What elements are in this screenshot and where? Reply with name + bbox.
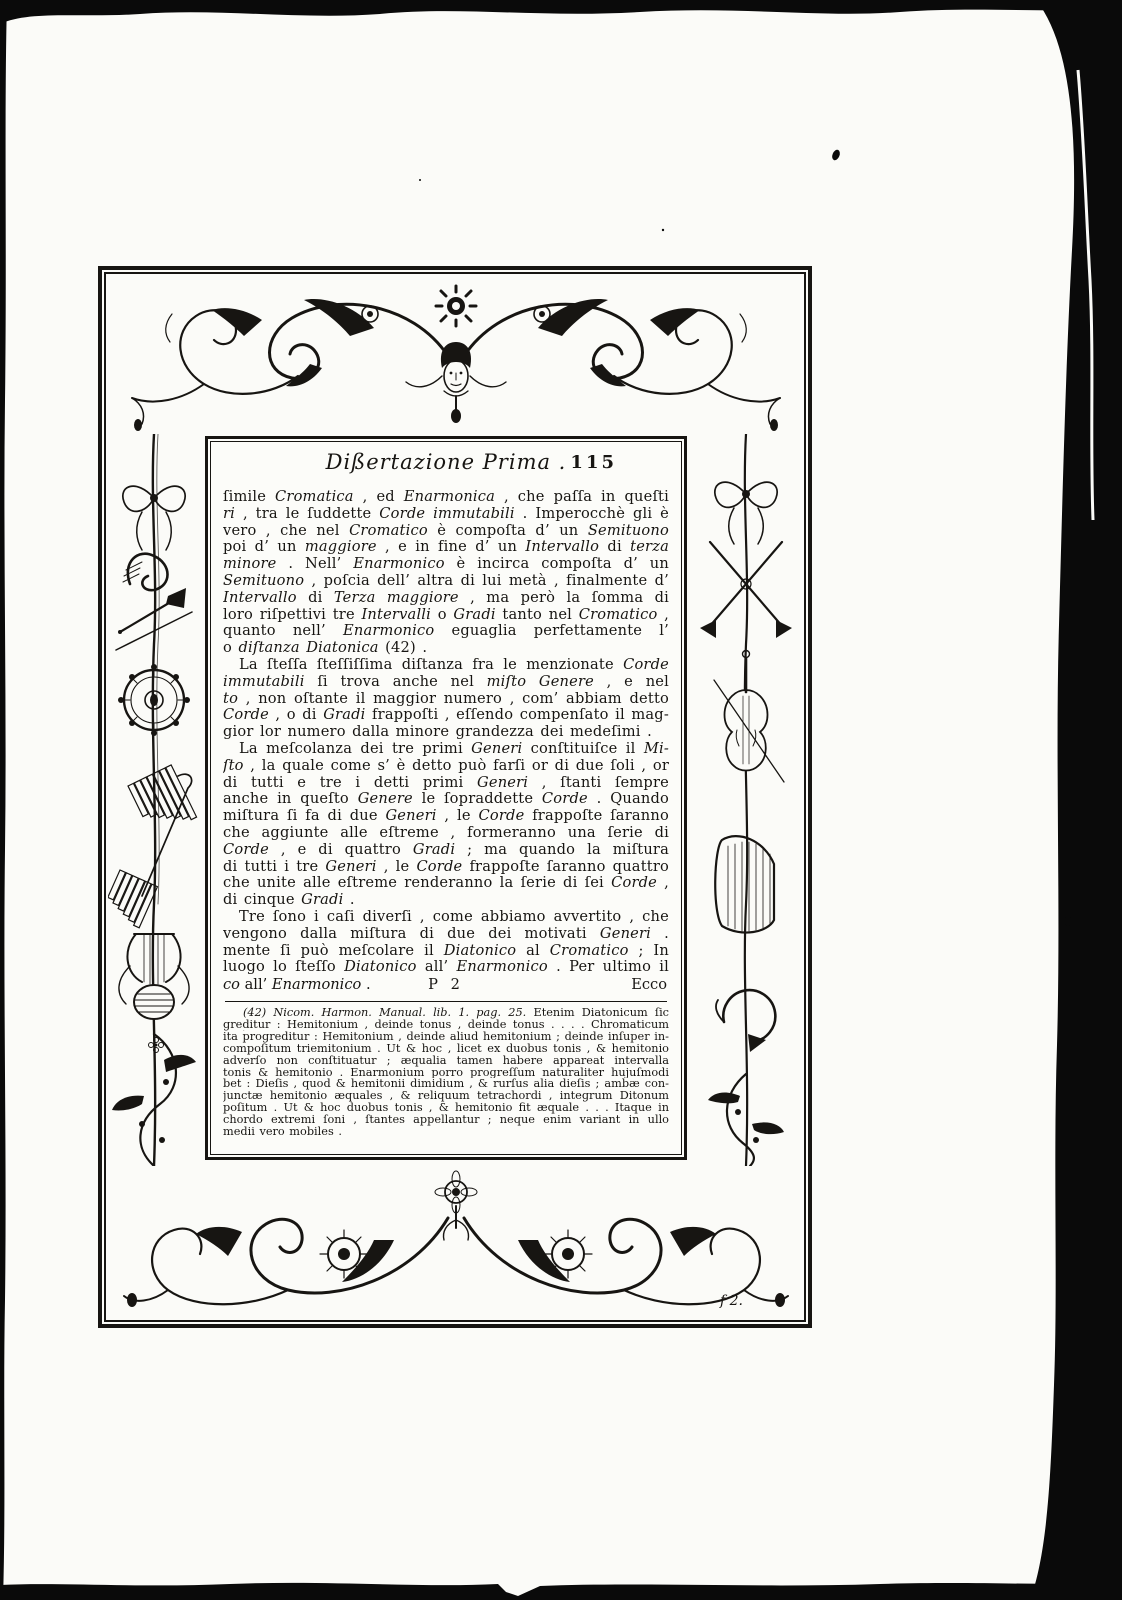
footnote-line: poſitum . Ut & hoc duobus tonis , & hemi…: [223, 1102, 669, 1114]
body-line: Corde , e di quattro Gradi ; ma quando l…: [223, 842, 669, 859]
pan-pipes-icon: [108, 765, 197, 928]
ink-speck: [662, 229, 664, 231]
body-line: quanto nell’ Enarmonico eguaglia perfett…: [223, 623, 669, 640]
footnote-line: ita progreditur : Hemitonium , deinde al…: [223, 1031, 669, 1043]
body-line: vero , che nel Cromatico è compoſta d’ u…: [223, 523, 669, 540]
footnote-text: (42) Nicom. Harmon. Manual. lib. 1. pag.…: [223, 1007, 669, 1138]
viola-with-bow-icon: [714, 651, 784, 783]
footnote-line: junctæ hemitonio æquales , & reliquum te…: [223, 1090, 669, 1102]
body-line: La meſcolanza dei tre primi Generi conſt…: [223, 741, 669, 758]
footnote-line: greditur : Hemitonium , deinde tonus , d…: [223, 1019, 669, 1031]
body-line: di cinque Gradi .: [223, 892, 669, 909]
footnote-rule: [225, 1001, 667, 1002]
torn-edge-right: [1030, 0, 1122, 1600]
body-line: minore . Nell’ Enarmonico è incirca comp…: [223, 556, 669, 573]
ink-speck: [1065, 916, 1072, 926]
body-line: Corde , o di Gradi frappoſti , eſſendo c…: [223, 707, 669, 724]
body-line: immutabili ſi trova anche nel miſto Gene…: [223, 674, 669, 691]
footnote-line: chordo extremi ſoni , ſtantes appellantu…: [223, 1114, 669, 1126]
body-line: che unite alle eſtreme renderanno la ſer…: [223, 875, 669, 892]
torn-edge-top: [0, 0, 1122, 24]
ink-speck: [831, 149, 842, 162]
ink-speck: [419, 179, 421, 181]
body-line: Semituono , poſcia dell’ altra di lui me…: [223, 573, 669, 590]
page-number: 115: [570, 452, 617, 473]
signature-line: co all’ Enarmonico . P 2 Ecco: [223, 976, 669, 993]
ribbon-pole: [153, 434, 155, 1166]
body-line: che aggiunte alle eſtreme , formeranno u…: [223, 825, 669, 842]
body-line: La ſteſſa ſteſſiſſima diſtanza fra le me…: [223, 657, 669, 674]
body-line: to , non oſtante il maggior numero , com…: [223, 691, 669, 708]
catchword: Ecco: [631, 976, 667, 993]
body-line: luogo lo ſteſſo Diatonico all’ Enarmonic…: [223, 959, 669, 976]
body-line: gior lor numero dalla minore grandezza d…: [223, 724, 669, 741]
running-header: Dißertazione Prima . 115: [223, 450, 669, 482]
body-line: ri , tra le ſuddette Corde immutabili . …: [223, 506, 669, 523]
peony-flower-icon: [436, 286, 476, 326]
body-line: poi d’ un maggiore , e in fine d’ un Int…: [223, 539, 669, 556]
tambourine-drum-icon: [118, 664, 190, 736]
body-line: ſto , la quale come s’ è detto può farſi…: [223, 758, 669, 775]
footnote-line: (42) Nicom. Harmon. Manual. lib. 1. pag.…: [223, 1007, 669, 1019]
footnote-line: adverſo non conſtituatur ; æqualia tamen…: [223, 1055, 669, 1067]
right-ornament-musical-trophy-band: [690, 434, 802, 1166]
paper-edge-highlight: [1078, 70, 1093, 520]
body-line: mente ſi può meſcolare il Diatonico al C…: [223, 943, 669, 960]
footnote-line: compoſitum triemitonium . Ut & hoc , lic…: [223, 1043, 669, 1055]
curled-horn-icon: [123, 554, 168, 590]
mask-face-icon: [441, 342, 471, 423]
body-line: di tutti i tre Generi , le Corde frappoſ…: [223, 859, 669, 876]
text-panel: Dißertazione Prima . 115 ſimile Cromatic…: [205, 436, 687, 1160]
body-line: Intervallo di Terza maggiore , ma però l…: [223, 590, 669, 607]
body-line: loro riſpettivi tre Intervalli o Gradi t…: [223, 607, 669, 624]
sheet-mark: f 2.: [720, 1293, 743, 1309]
body-line: vengono dalla miſtura di due dei motivat…: [223, 926, 669, 943]
body-line: di tutti e tre i detti primi Generi , ſt…: [223, 775, 669, 792]
gathering-signature: P 2: [223, 976, 669, 993]
torn-edge-left: [0, 0, 7, 1600]
footnote-line: medii vero mobiles .: [223, 1126, 669, 1138]
body-line: ſimile Cromatica , ed Enarmonica , che p…: [223, 489, 669, 506]
torn-edge-bottom: [0, 1583, 1122, 1600]
footnote-line: tonis & hemitonio . Enarmonium porro pro…: [223, 1067, 669, 1079]
ribbon-pole: [745, 434, 747, 1166]
body-line: miſtura ſi fa di due Generi , le Corde f…: [223, 808, 669, 825]
text-panel-inner: Dißertazione Prima . 115 ſimile Cromatic…: [210, 441, 682, 1155]
footnote-line: bet : Dieſis , quod & hemitonii dimidium…: [223, 1078, 669, 1090]
bottom-ornament-acanthus-band: [112, 1162, 800, 1318]
top-ornament-acanthus-band: [112, 284, 800, 432]
body-text: ſimile Cromatica , ed Enarmonica , che p…: [223, 489, 669, 976]
body-line: o diſtanza Diatonica (42) .: [223, 640, 669, 657]
body-line: Tre ſono i caſi diverſi , come abbiamo a…: [223, 909, 669, 926]
body-line: anche in queſto Genere le ſopraddette Co…: [223, 791, 669, 808]
scanned-book-page: Dißertazione Prima . 115 ſimile Cromatic…: [0, 0, 1122, 1600]
left-ornament-musical-trophy-band: [108, 434, 200, 1166]
